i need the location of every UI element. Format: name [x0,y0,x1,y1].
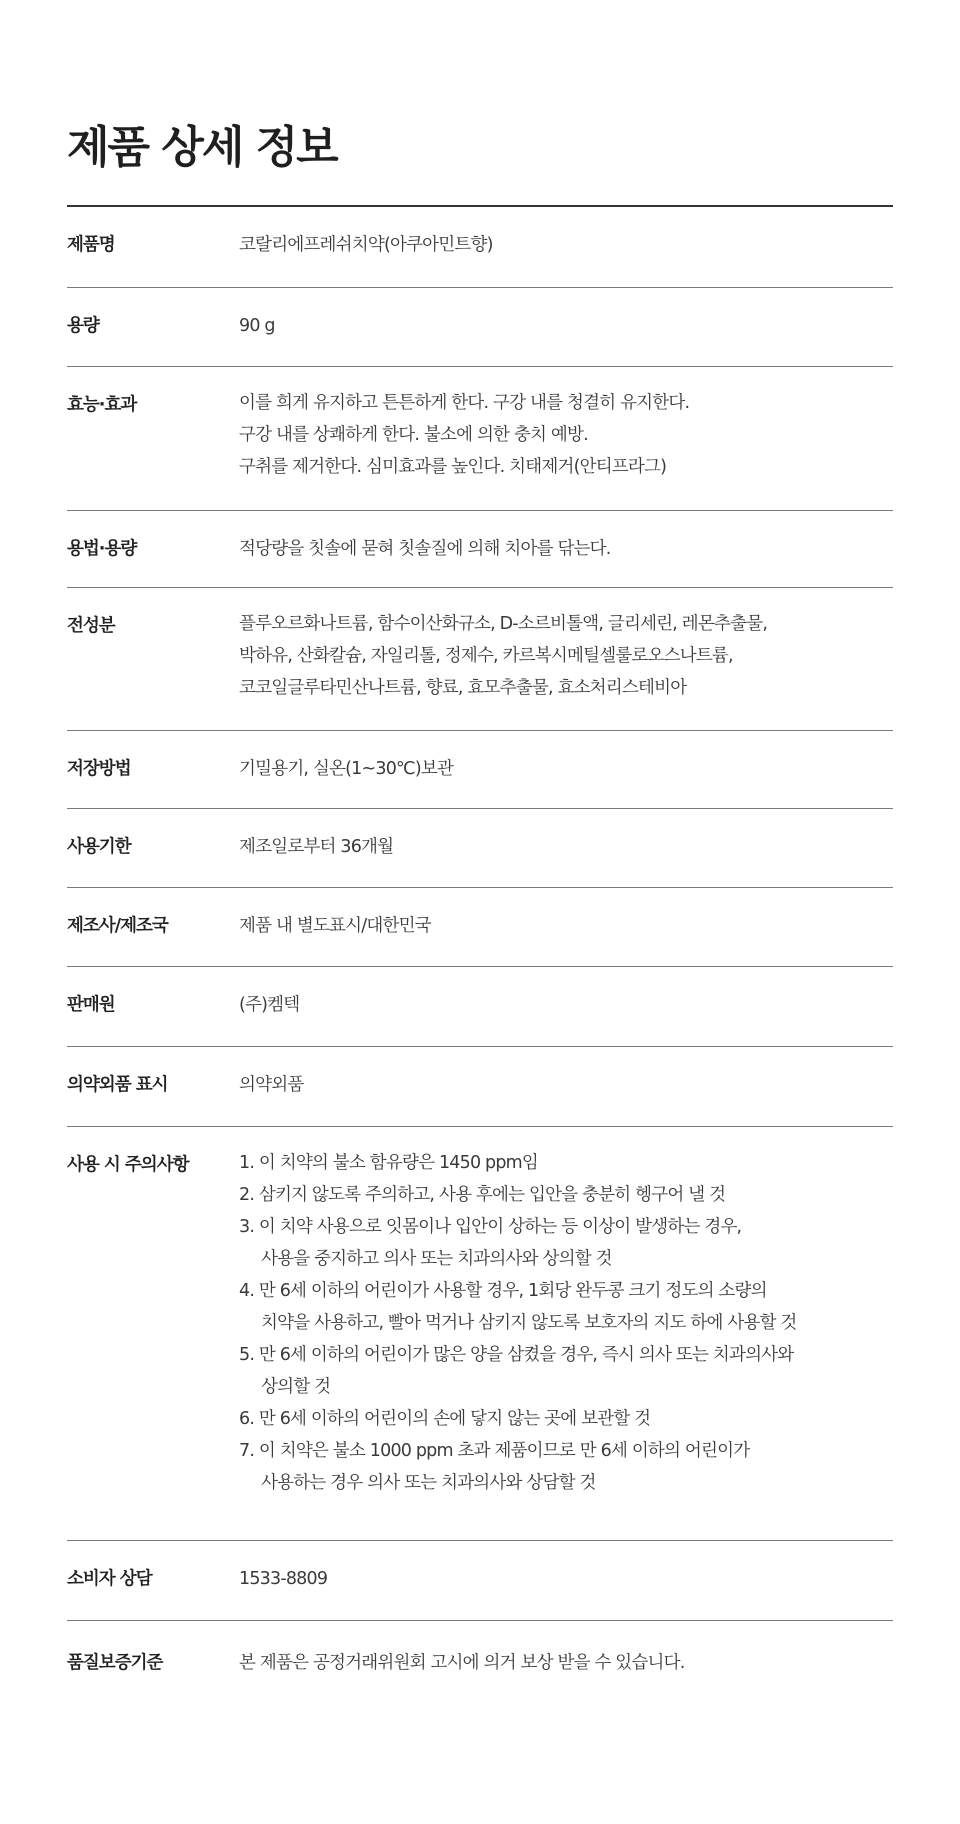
row-usage: 용법·용량 적당량을 칫솔에 묻혀 칫솔질에 의해 치아를 닦는다. [67,511,893,588]
row-value: 코랄리에프레쉬치약(아쿠아민트향) [239,235,493,256]
row-expiry: 사용기한 제조일로부터 36개월 [67,809,893,888]
row-label: 의약외품 표시 [67,1075,168,1096]
value-line: 코코일글루타민산나트륨, 향료, 효모추출물, 효소처리스테비아 [239,672,767,704]
precaution-item-continued: 사용하는 경우 의사 또는 치과의사와 상담할 것 [239,1467,797,1499]
page-title: 제품 상세 정보 [67,126,337,170]
row-label: 용법·용량 [67,539,136,560]
row-capacity: 용량 90 g [67,288,893,367]
row-label: 판매원 [67,995,115,1016]
row-label: 소비자 상담 [67,1569,152,1590]
row-precautions: 사용 시 주의사항 1. 이 치약의 불소 함유량은 1450 ppm임 2. … [67,1127,893,1541]
row-quality-assurance: 품질보증기준 본 제품은 공정거래위원회 고시에 의거 보상 받을 수 있습니다… [67,1621,893,1701]
row-value: 90 g [239,316,275,337]
row-value: 의약외품 [239,1075,303,1096]
precaution-item: 1. 이 치약의 불소 함유량은 1450 ppm임 [239,1147,797,1179]
precaution-item: 4. 만 6세 이하의 어린이가 사용할 경우, 1회당 완두콩 크기 정도의 … [239,1275,797,1307]
phone-number: 1533-8809 [239,1569,327,1590]
row-label: 사용 시 주의사항 [67,1155,189,1176]
row-value: 이를 희게 유지하고 튼튼하게 한다. 구강 내를 청결히 유지한다. 구강 내… [239,387,689,483]
row-value: 제품 내 별도표시/대한민국 [239,916,431,937]
row-value: (주)켐텍 [239,995,299,1016]
value-line: 박하유, 산화칼슘, 자일리톨, 정제수, 카르복시메틸셀룰로오스나트륨, [239,640,767,672]
row-storage: 저장방법 기밀용기, 실온(1~30℃)보관 [67,731,893,809]
precaution-item: 5. 만 6세 이하의 어린이가 많은 양을 삼켰을 경우, 즉시 의사 또는 … [239,1339,797,1371]
value-line: 구강 내를 상쾌하게 한다. 불소에 의한 충치 예방. [239,419,689,451]
precaution-item: 3. 이 치약 사용으로 잇몸이나 입안이 상하는 등 이상이 발생하는 경우, [239,1211,797,1243]
row-seller: 판매원 (주)켐텍 [67,967,893,1047]
row-manufacturer: 제조사/제조국 제품 내 별도표시/대한민국 [67,888,893,967]
value-line: 이를 희게 유지하고 튼튼하게 한다. 구강 내를 청결히 유지한다. [239,387,689,419]
precaution-item: 6. 만 6세 이하의 어린이의 손에 닿지 않는 곳에 보관할 것 [239,1403,797,1435]
row-label: 제조사/제조국 [67,916,168,937]
row-efficacy: 효능·효과 이를 희게 유지하고 튼튼하게 한다. 구강 내를 청결히 유지한다… [67,367,893,511]
row-label: 저장방법 [67,759,131,780]
precaution-item-continued: 상의할 것 [239,1371,797,1403]
row-label: 제품명 [67,235,115,256]
row-value: 제조일로부터 36개월 [239,837,393,858]
precautions-list: 1. 이 치약의 불소 함유량은 1450 ppm임 2. 삼키지 않도록 주의… [239,1147,797,1499]
value-line: 플루오르화나트륨, 함수이산화규소, D-소르비톨액, 글리세린, 레몬추출물, [239,608,767,640]
row-value: 기밀용기, 실온(1~30℃)보관 [239,759,453,780]
precaution-item: 7. 이 치약은 불소 1000 ppm 초과 제품이므로 만 6세 이하의 어… [239,1435,797,1467]
row-value: 플루오르화나트륨, 함수이산화규소, D-소르비톨액, 글리세린, 레몬추출물,… [239,608,767,704]
row-label: 품질보증기준 [67,1653,162,1674]
row-product-name: 제품명 코랄리에프레쉬치약(아쿠아민트향) [67,207,893,288]
row-value: 적당량을 칫솔에 묻혀 칫솔질에 의해 치아를 닦는다. [239,539,611,560]
value-line: 구취를 제거한다. 심미효과를 높인다. 치태제거(안티프라그) [239,451,689,483]
row-consumer-contact: 소비자 상담 1533-8809 [67,1541,893,1621]
row-label: 전성분 [67,616,115,637]
row-value: 본 제품은 공정거래위원회 고시에 의거 보상 받을 수 있습니다. [239,1653,685,1674]
row-label: 사용기한 [67,837,131,858]
row-ingredients: 전성분 플루오르화나트륨, 함수이산화규소, D-소르비톨액, 글리세린, 레몬… [67,588,893,731]
precaution-item-continued: 사용을 중지하고 의사 또는 치과의사와 상의할 것 [239,1243,797,1275]
precaution-item: 2. 삼키지 않도록 주의하고, 사용 후에는 입안을 충분히 헹구어 낼 것 [239,1179,797,1211]
row-label: 용량 [67,316,99,337]
precaution-item-continued: 치약을 사용하고, 빨아 먹거나 삼키지 않도록 보호자의 지도 하에 사용할 … [239,1307,797,1339]
row-label: 효능·효과 [67,395,136,416]
row-quasi-drug: 의약외품 표시 의약외품 [67,1047,893,1127]
